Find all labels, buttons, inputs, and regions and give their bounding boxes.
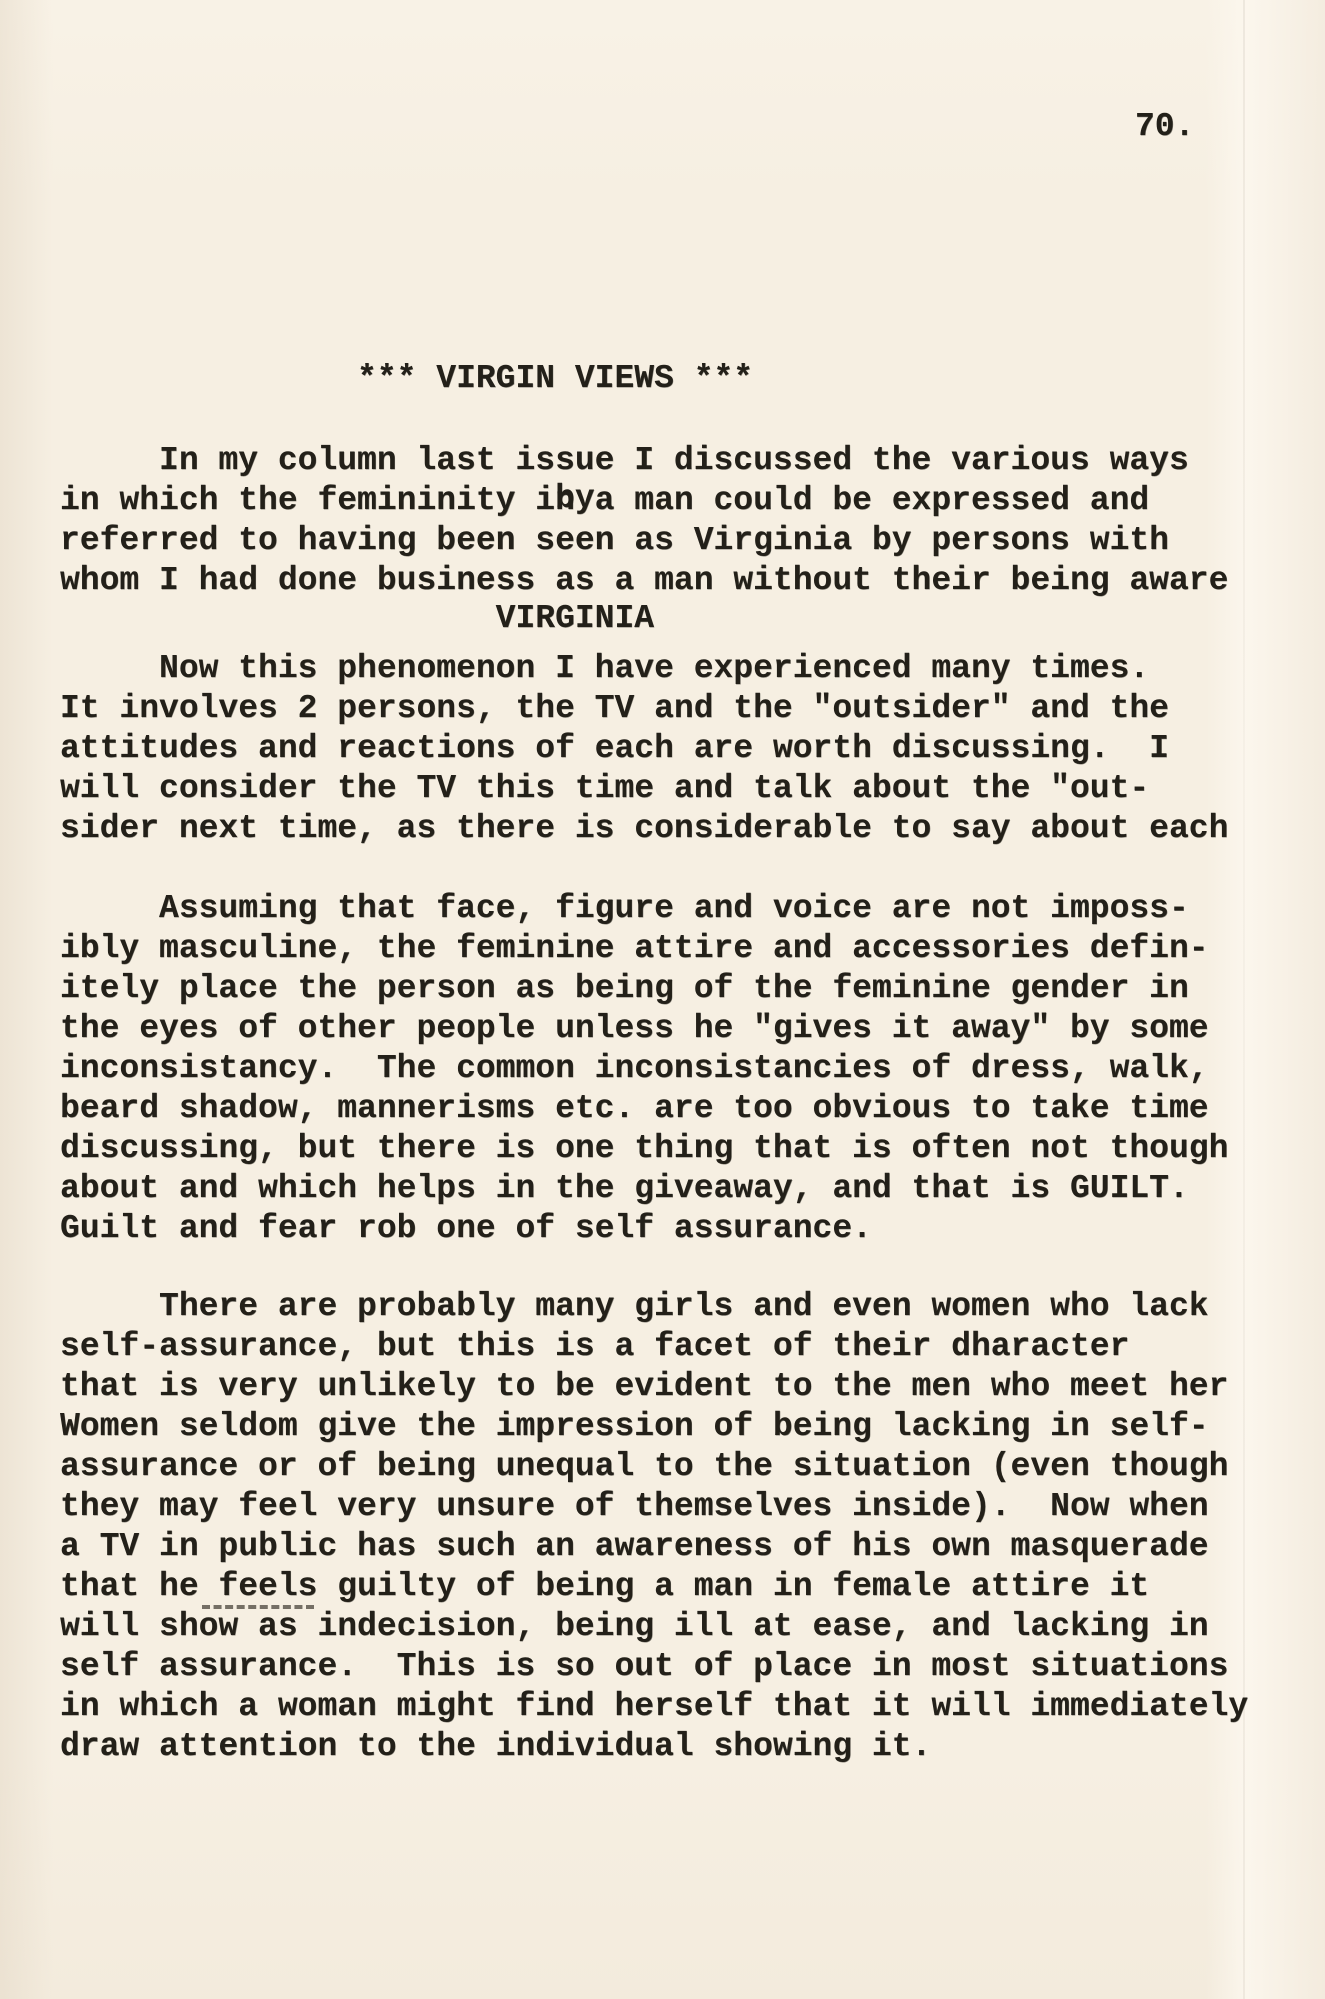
paragraph-2: Now this phenomenon I have experienced m… [60, 649, 1280, 849]
article-title: *** VIRGIN VIEWS *** [60, 359, 753, 399]
paragraph-4: There are probably many girls and even w… [60, 1287, 1280, 1767]
page-number: 70. [1135, 107, 1194, 147]
author-name: VIRGINIA [60, 599, 753, 639]
paragraph-3: Assuming that face, figure and voice are… [60, 889, 1280, 1249]
feels-word-underline [202, 1605, 314, 1609]
paragraph-1: In my column last issue I discussed the … [60, 441, 1280, 601]
